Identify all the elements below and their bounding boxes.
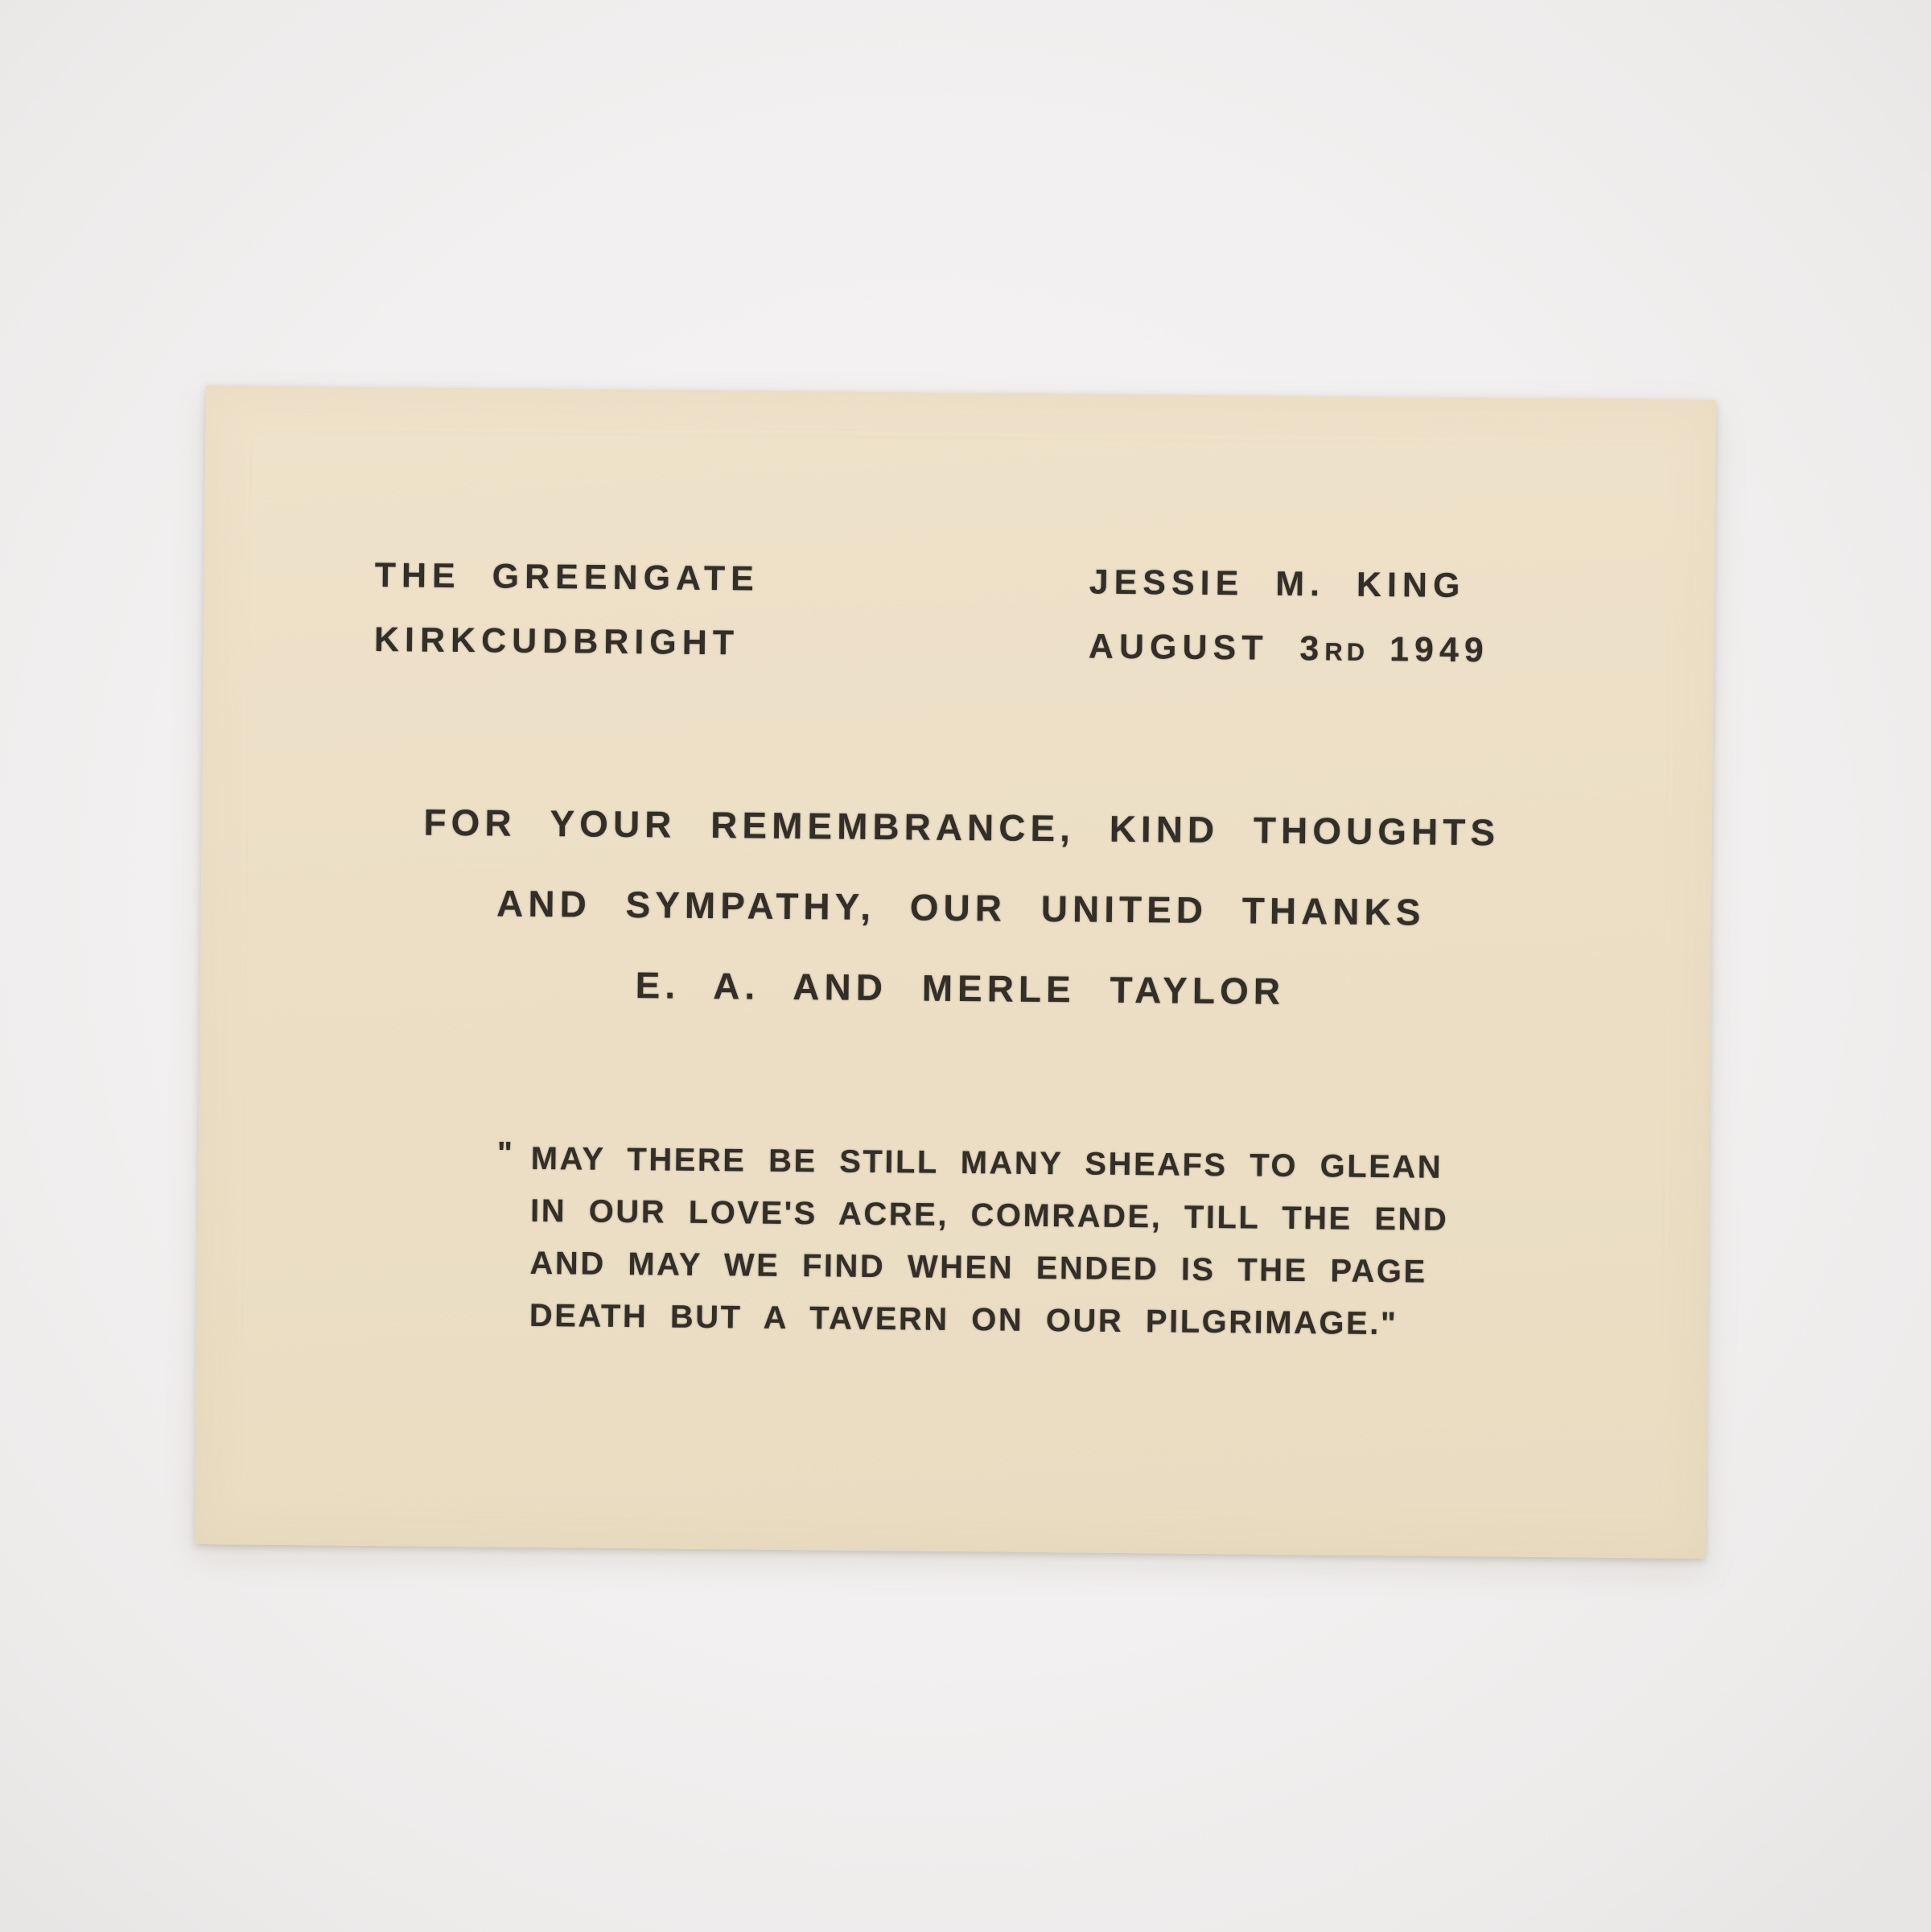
thanks-message: FOR YOUR REMEMBRANCE, KIND THOUGHTS AND … [200, 780, 1712, 1036]
memorial-date-ordinal: RD [1324, 637, 1369, 666]
venue-town: KIRKCUDBRIGHT [374, 608, 760, 676]
memorial-block: JESSIE M. KING AUGUST 3RD1949 [1089, 550, 1490, 686]
thanks-message-line-2: AND SYMPATHY, OUR UNITED THANKS [210, 860, 1711, 955]
venue-block: THE GREENGATE KIRKCUDBRIGHT [374, 543, 760, 676]
thanks-message-line-1: FOR YOUR REMEMBRANCE, KIND THOUGHTS [211, 780, 1712, 875]
quote-line-3: AND MAY WE FIND WHEN ENDED IS THE PAGE [529, 1238, 1448, 1299]
memorial-date-year: 1949 [1390, 630, 1489, 669]
memorial-date: AUGUST 3RD1949 [1089, 615, 1490, 686]
memorial-card: THE GREENGATE KIRKCUDBRIGHT JESSIE M. KI… [195, 385, 1716, 1559]
quote-line-2: IN OUR LOVE'S ACRE, COMRADE, TILL THE EN… [530, 1185, 1449, 1246]
quote-line-1: MAY THERE BE STILL MANY SHEAFS TO GLEAN [530, 1133, 1449, 1194]
quote-line-4: DEATH BUT A TAVERN ON OUR PILGRIMAGE." [529, 1290, 1448, 1351]
memorial-quote: " MAY THERE BE STILL MANY SHEAFS TO GLEA… [529, 1133, 1450, 1351]
venue-name: THE GREENGATE [374, 543, 760, 612]
memorial-person-name: JESSIE M. KING [1089, 550, 1490, 619]
thanks-message-line-3: E. A. AND MERLE TAYLOR [209, 941, 1711, 1036]
photo-background: THE GREENGATE KIRKCUDBRIGHT JESSIE M. KI… [0, 0, 1931, 1932]
quote-open-mark: " [497, 1128, 513, 1180]
memorial-date-prefix: AUGUST 3 [1089, 628, 1325, 669]
